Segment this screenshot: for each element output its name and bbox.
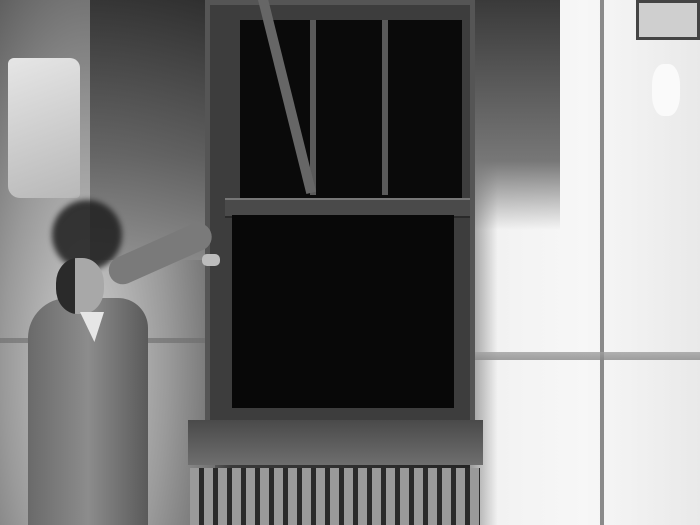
lower-window-opening [232, 215, 454, 408]
tile-seam-vertical [600, 0, 604, 525]
window-sill [188, 420, 483, 465]
person-head [56, 258, 104, 314]
wall-frame [636, 0, 700, 40]
person-overcoat [28, 298, 148, 525]
plaster-spot [652, 64, 680, 116]
peeling-plaster [8, 58, 80, 198]
soot-stain-right [470, 0, 560, 230]
broken-sash-bar [310, 20, 316, 195]
radiator [190, 468, 480, 525]
person-hand [202, 254, 220, 266]
photo-scene [0, 0, 700, 525]
broken-sash-bar [382, 20, 388, 195]
tile-seam-horizontal [470, 352, 700, 360]
